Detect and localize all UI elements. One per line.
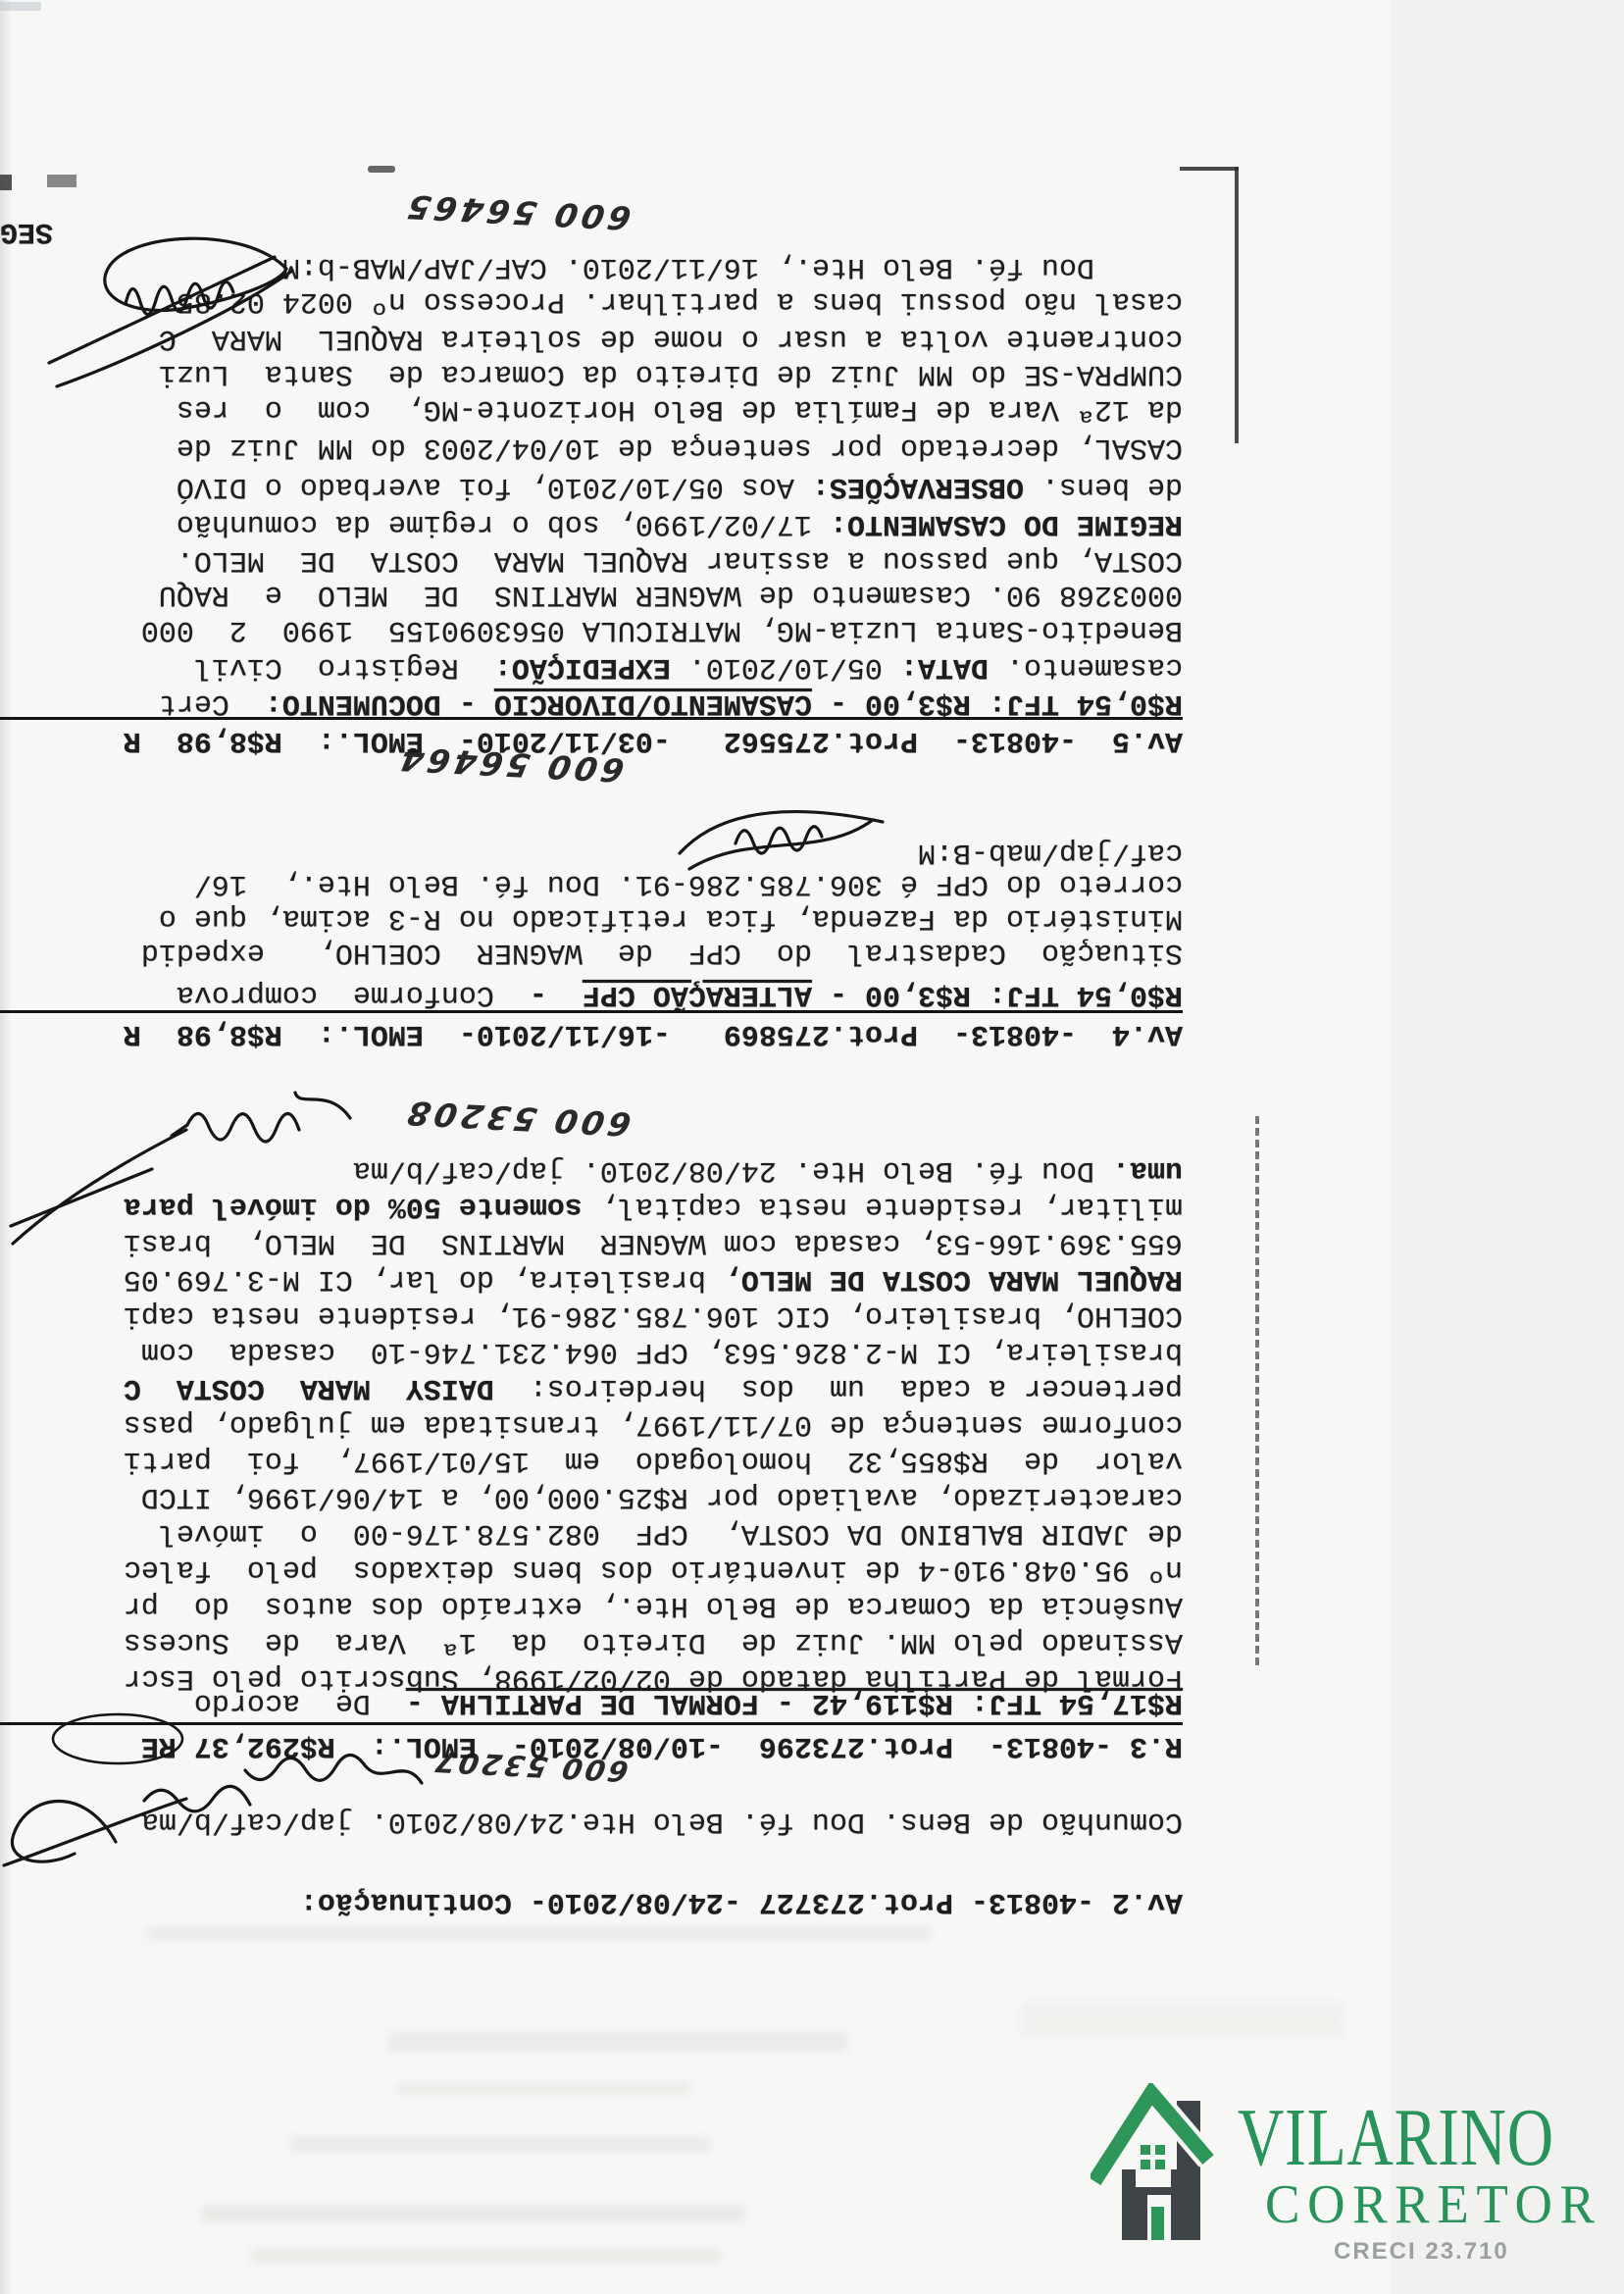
- scan-streak-line: [1255, 1116, 1259, 1665]
- doc-line: REGIME DO CASAMENTO: 17/02/1990, sob o r…: [0, 507, 1183, 540]
- doc-line: de JADIR BALBINO DA COSTA, CPF 082.578.1…: [0, 1516, 1183, 1550]
- doc-line: Formal de Partilha datado de 02/02/1998,…: [0, 1661, 1183, 1695]
- handwritten-stamp: 600 56465: [401, 190, 634, 234]
- doc-line: caf/jap/mab-B:M: [0, 836, 1183, 869]
- house-window: [1155, 2145, 1165, 2155]
- bleedthrough-text: [289, 2136, 711, 2152]
- bleedthrough-text: [387, 2032, 848, 2052]
- signature-scribble: [5, 1079, 358, 1250]
- house-door: [1151, 2207, 1164, 2240]
- document-scan: Av.2 -40813- Prot.273727 -24/08/2010- Co…: [0, 0, 1624, 2294]
- bleedthrough-text: [397, 2081, 691, 2096]
- doc-line: de bens. OBSERVAÇÕES: Aos 05/10/2010, fo…: [0, 470, 1183, 503]
- doc-line: valor de R$855,32 homologado em 15/01/19…: [0, 1444, 1183, 1477]
- doc-line: Av.2 -40813- Prot.273727 -24/08/2010- Co…: [0, 1885, 1183, 1918]
- logo-subtitle: CORRETOR: [1265, 2177, 1602, 2232]
- value-circle-annotation: [49, 1710, 186, 1767]
- signature-scribble: [672, 792, 892, 881]
- doc-line: Benedito-Santa Luzia-MG, MATRICULA 05630…: [0, 613, 1183, 646]
- doc-line: Assinado pelo MM. Juiz de Direito da 1ª …: [0, 1625, 1183, 1658]
- doc-line: casamento. DATA: 05/10/2010. EXPEDIÇÃO: …: [0, 650, 1183, 684]
- doc-line: Ministério da Fazenda, fica retificado n…: [0, 901, 1183, 935]
- bleedthrough-text: [147, 1926, 932, 1940]
- page-corner-mark-horizontal: [1180, 167, 1239, 171]
- bleedthrough-text: [201, 2205, 745, 2222]
- doc-line: COELHO, brasileiro, CIC 106.785.286-91, …: [0, 1299, 1183, 1332]
- doc-line: Ausência da Comarca de Belo Hte., extraí…: [0, 1589, 1183, 1622]
- doc-line: CASAL, decretado por sentença de 10/04/2…: [0, 431, 1183, 464]
- house-window: [1141, 2145, 1150, 2155]
- doc-line: Av.4 -40813- Prot.275869 -16/11/2010- EM…: [0, 1010, 1183, 1050]
- doc-line: brasileira, CI M-2.826.563, CPF 064.231.…: [0, 1335, 1183, 1368]
- house-window: [1155, 2160, 1165, 2169]
- doc-line: Situação Cadastral do CPF de WAGNER COEL…: [0, 936, 1183, 969]
- ink-blot: [0, 175, 12, 190]
- doc-line: correto do CPF é 306.785.286-91. Dou fé.…: [0, 867, 1183, 900]
- handwritten-stamp: 600 53207: [431, 1747, 631, 1785]
- doc-line: COSTA, que passou a assinar RAQUEL MARA …: [0, 543, 1183, 577]
- doc-line: RAQUEL MARA COSTA DE MELO, brasileira, d…: [0, 1262, 1183, 1296]
- bleedthrough-text: [250, 2248, 721, 2264]
- ink-smudge: [47, 175, 76, 187]
- doc-line: conforme sentença de 07/11/1997, transit…: [0, 1407, 1183, 1441]
- doc-line: nº 95.048.910-4 de inventário dos bens d…: [0, 1553, 1183, 1586]
- house-logo-icon: [1091, 2083, 1218, 2242]
- doc-line: caracterizado, avaliado por R$25.000,00,…: [0, 1480, 1183, 1513]
- scan-edge-shading: [1391, 0, 1624, 2294]
- handwritten-stamp: 600 56464: [394, 742, 627, 787]
- pen-dash-mark: [368, 166, 395, 173]
- doc-line: R$0,54 TFJ: R$3,00 - ALTERAÇÃO CPF - Con…: [0, 978, 1183, 1011]
- logo-title: VILARINO: [1238, 2097, 1554, 2179]
- signature-scribble: [39, 218, 304, 394]
- page-corner-mark-vertical: [1235, 167, 1239, 443]
- doc-line: da 12ª Vara de Família de Belo Horizonte…: [0, 392, 1183, 426]
- doc-line: R$0,54 TFJ: R$3,00 - CASAMENTO/DIVORCIO …: [0, 687, 1183, 720]
- doc-line: pertencer a cada um dos herdeiros: DAISY…: [0, 1371, 1183, 1404]
- bleedthrough-text: [1020, 2001, 1344, 2038]
- logo-creci-number: CRECI 23.710: [1334, 2240, 1509, 2264]
- scanned-document-page: { "colors":{"paper":"#f7f7f5","ink":"#1d…: [0, 0, 1624, 2294]
- handwritten-stamp: 600 53208: [401, 1096, 634, 1141]
- doc-line: 0003268 90. Casamento de WAGNER MARTINS …: [0, 578, 1183, 611]
- corner-smudge: [0, 2, 41, 11]
- house-window: [1141, 2160, 1150, 2169]
